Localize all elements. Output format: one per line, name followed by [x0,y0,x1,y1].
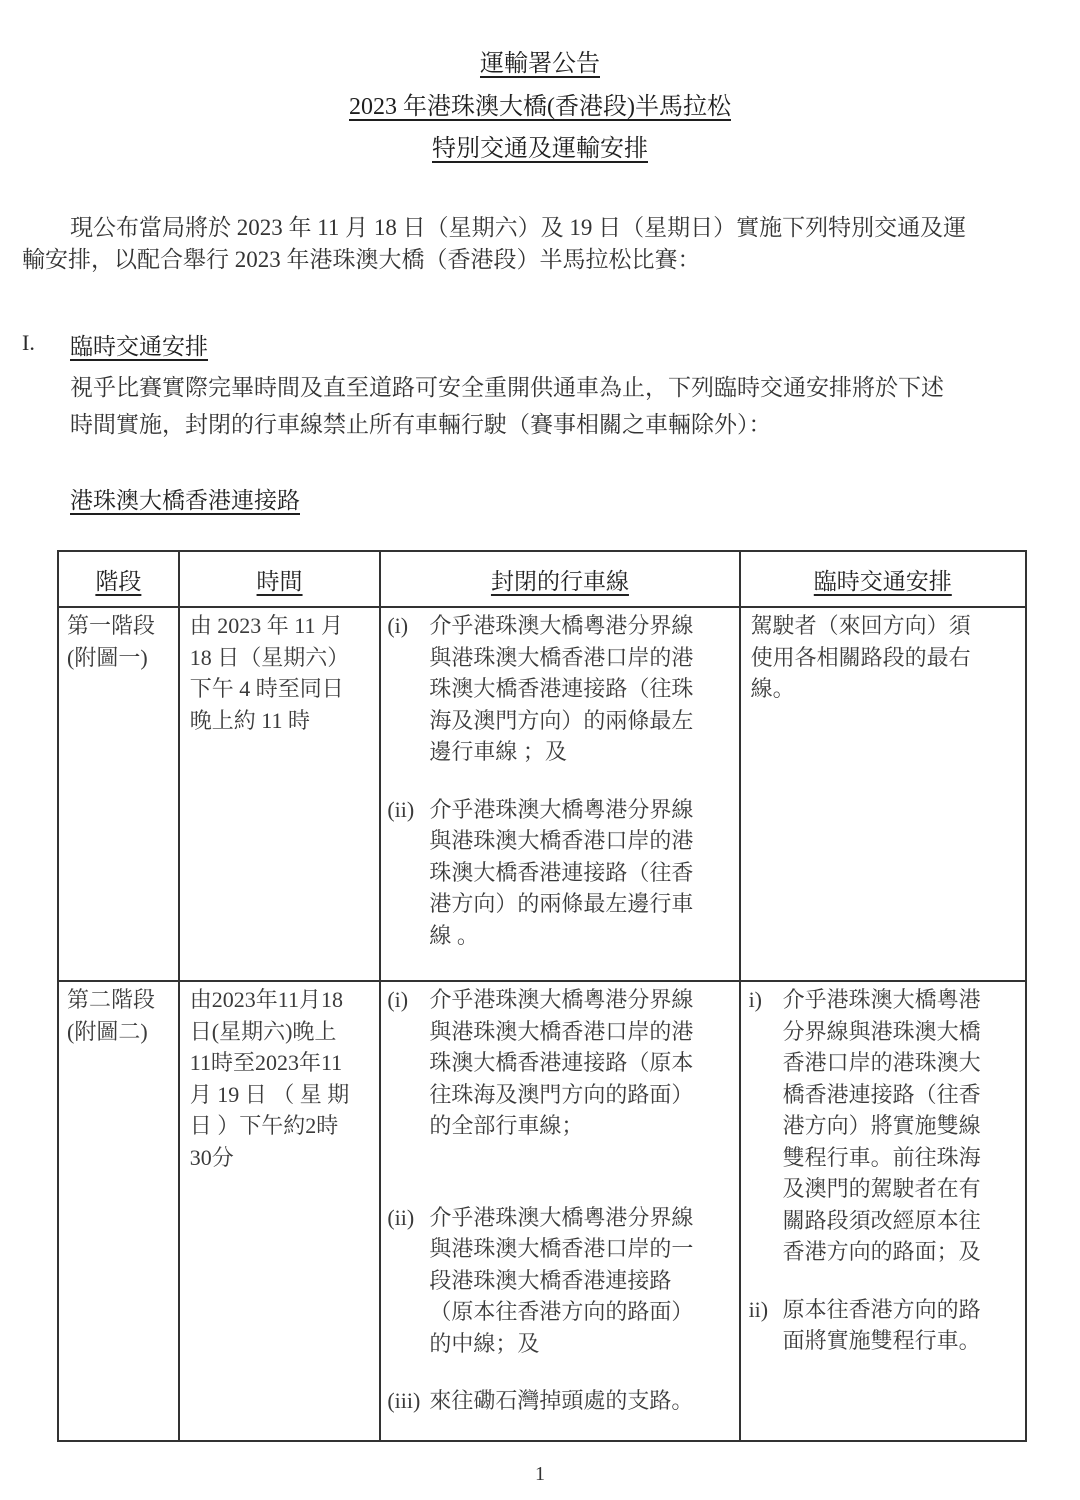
section-title: 臨時交通安排 [70,328,208,361]
table-row: 第二階段 (附圖二) 由2023年11月18 日(星期六)晚上 11時至2023… [58,981,1026,1441]
closure-item: (ii) 介乎港珠澳大橋粵港分界線 與港珠澳大橋香港口岸的港 珠澳大橋香港連接路… [387,794,730,952]
time-cell: 由 2023 年 11 月 18 日（星期六） 下午 4 時至同日 晚上約 11… [179,607,381,981]
closed-lanes-cell: (i) 介乎港珠澳大橋粵港分界線 與港珠澳大橋香港口岸的港 珠澳大橋香港連接路（… [380,607,739,981]
stage-cell: 第一階段 (附圖一) [58,607,179,981]
header-closed-lanes: 封閉的行車線 [380,551,739,607]
closure-item: (ii) 介乎港珠澳大橋粵港分界線 與港珠澳大橋香港口岸的一 段港珠澳大橋香港連… [387,1202,730,1360]
traffic-arrangements-table: 階段 時間 封閉的行車線 臨時交通安排 第一階段 (附圖一) 由 2023 年 … [57,550,1027,1442]
arrangement-cell: i) 介乎港珠澳大橋粵港 分界線與港珠澳大橋 香港口岸的港珠澳大 橋香港連接路（… [740,981,1026,1441]
closure-item: (i) 介乎港珠澳大橋粵港分界線 與港珠澳大橋香港口岸的港 珠澳大橋香港連接路（… [387,984,730,1142]
intro-line-2: 輸安排，以配合舉行 2023 年港珠澳大橋（香港段）半馬拉松比賽： [22,242,701,277]
event-title: 2023 年港珠澳大橋(香港段)半馬拉松 [0,86,1080,121]
time-cell: 由2023年11月18 日(星期六)晚上 11時至2023年11 月 19 日 … [179,981,381,1441]
arrangement-item: i) 介乎港珠澳大橋粵港 分界線與港珠澳大橋 香港口岸的港珠澳大 橋香港連接路（… [749,984,1017,1268]
page-number: 1 [0,1463,1080,1486]
header-stage: 階段 [58,551,179,607]
arrangement-item: ii) 原本往香港方向的路 面將實施雙程行車。 [749,1294,1017,1357]
closure-item: (i) 介乎港珠澳大橋粵港分界線 與港珠澳大橋香港口岸的港 珠澳大橋香港連接路（… [387,610,730,768]
section-para-line-1: 視乎比賽實際完畢時間及直至道路可安全重開供通車為止，下列臨時交通安排將於下述 [70,370,944,405]
arrangements-title: 特別交通及運輸安排 [0,128,1080,163]
road-subtitle: 港珠澳大橋香港連接路 [70,482,300,515]
header-time: 時間 [179,551,381,607]
table-row: 第一階段 (附圖一) 由 2023 年 11 月 18 日（星期六） 下午 4 … [58,607,1026,981]
header-temporary-arrangements: 臨時交通安排 [740,551,1026,607]
intro-line-1: 現公布當局將於 2023 年 11 月 18 日（星期六）及 19 日（星期日）… [70,210,966,245]
section-para-line-2: 時間實施，封閉的行車線禁止所有車輛行駛（賽事相關之車輛除外）： [70,407,772,442]
closed-lanes-cell: (i) 介乎港珠澳大橋粵港分界線 與港珠澳大橋香港口岸的港 珠澳大橋香港連接路（… [380,981,739,1441]
notice-title: 運輸署公告 [0,43,1080,78]
stage-cell: 第二階段 (附圖二) [58,981,179,1441]
section-number: I. [22,330,35,356]
arrangement-cell: 駕駛者（來回方向）須 使用各相關路段的最右 線。 [740,607,1026,981]
closure-item: (iii) 來往磡石灣掉頭處的支路。 [387,1385,730,1417]
table-header-row: 階段 時間 封閉的行車線 臨時交通安排 [58,551,1026,607]
